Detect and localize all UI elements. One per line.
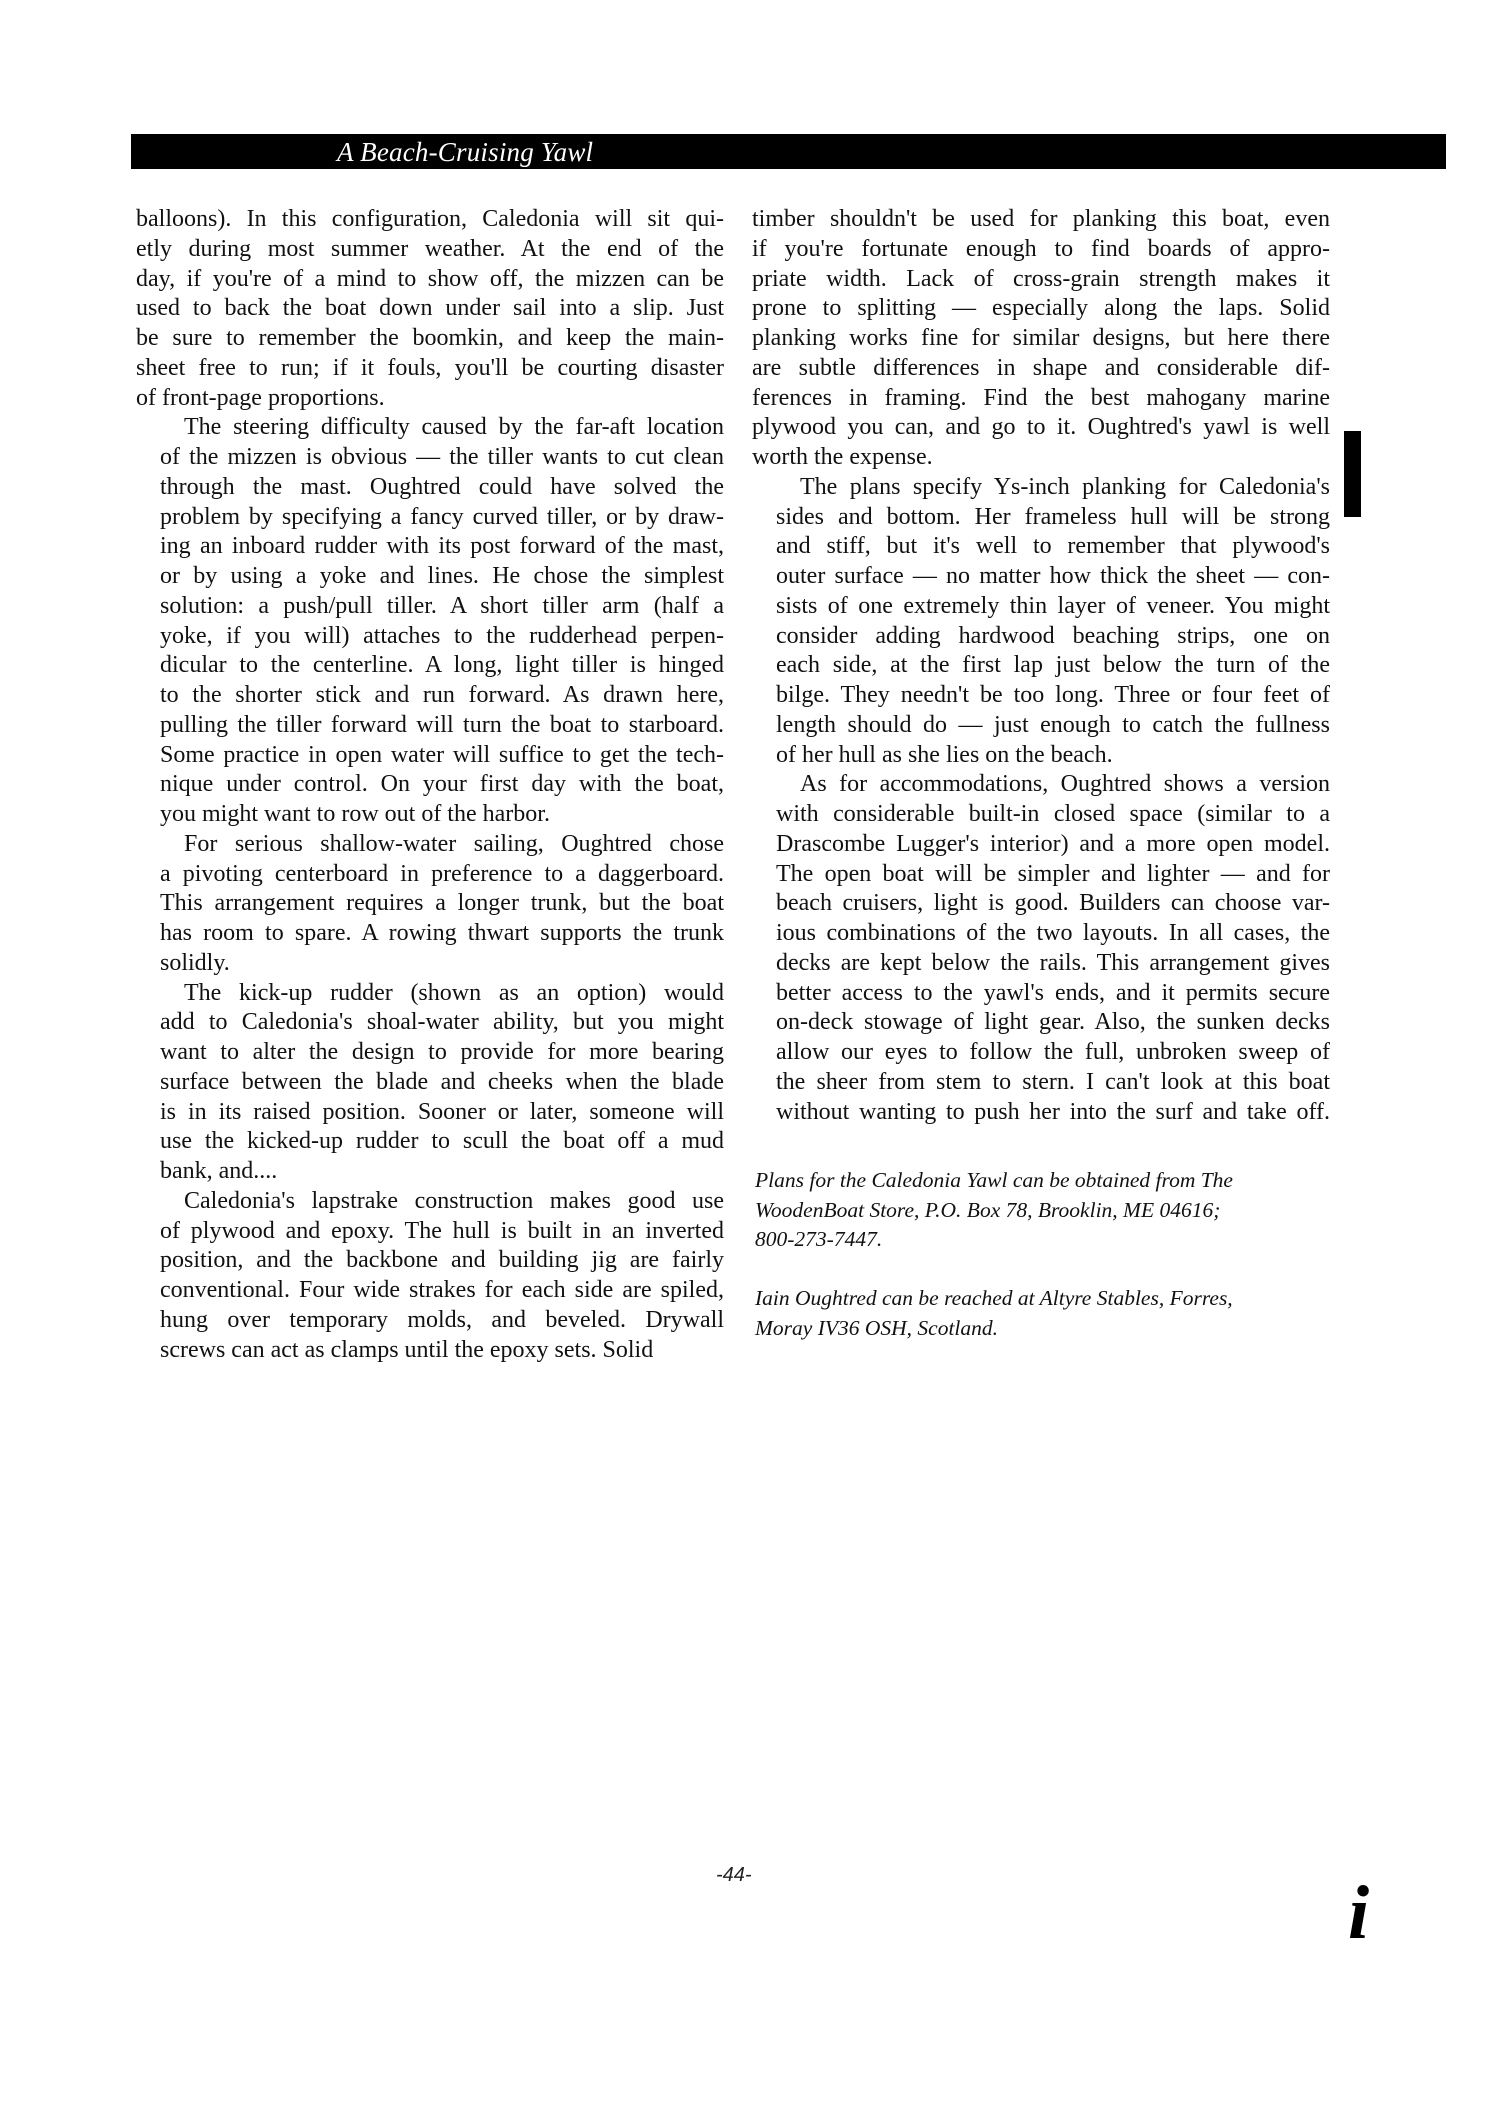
text-line: of front-page proportions. xyxy=(136,384,724,414)
text-line: has room to spare. A rowing thwart suppo… xyxy=(136,919,724,949)
text-line: planking works fine for similar designs,… xyxy=(752,324,1330,354)
text-line: sists of one extremely thin layer of ven… xyxy=(752,592,1330,622)
paragraph: The kick-up rudder (shown as an option) … xyxy=(136,979,724,1187)
running-header-title: A Beach-Cruising Yawl xyxy=(337,134,593,170)
paragraph: As for accommodations, Oughtred shows a … xyxy=(752,770,1330,1127)
text-line: with considerable built-in closed space … xyxy=(752,800,1330,830)
text-line: of plywood and epoxy. The hull is built … xyxy=(136,1217,724,1247)
paragraph: timber shouldn't be used for planking th… xyxy=(752,205,1330,473)
text-line: on-deck stowage of light gear. Also, the… xyxy=(752,1008,1330,1038)
text-line: surface between the blade and cheeks whe… xyxy=(136,1068,724,1098)
text-line: yoke, if you will) attaches to the rudde… xyxy=(136,622,724,652)
text-line: better access to the yawl's ends, and it… xyxy=(752,979,1330,1009)
text-line: hung over temporary molds, and beveled. … xyxy=(136,1306,724,1336)
text-line: priate width. Lack of cross-grain streng… xyxy=(752,265,1330,295)
paragraph: Caledonia's lapstrake construction makes… xyxy=(136,1187,724,1366)
text-line: ing an inboard rudder with its post forw… xyxy=(136,532,724,562)
text-line: sides and bottom. Her frameless hull wil… xyxy=(752,503,1330,533)
text-line: balloons). In this configuration, Caledo… xyxy=(136,205,724,235)
text-line: and stiff, but it's well to remember tha… xyxy=(752,532,1330,562)
text-line: Drascombe Lugger's interior) and a more … xyxy=(752,830,1330,860)
right-text-column: timber shouldn't be used for planking th… xyxy=(752,205,1330,1127)
text-line: For serious shallow-water sailing, Ought… xyxy=(136,830,724,860)
text-line: to the shorter stick and run forward. As… xyxy=(136,681,724,711)
plans-availability-note: Plans for the Caledonia Yawl can be obta… xyxy=(755,1166,1345,1255)
text-line: Caledonia's lapstrake construction makes… xyxy=(136,1187,724,1217)
text-line: nique under control. On your first day w… xyxy=(136,770,724,800)
paragraph: The steering difficulty caused by the fa… xyxy=(136,413,724,830)
text-line: allow our eyes to follow the full, unbro… xyxy=(752,1038,1330,1068)
text-line: ious combinations of the two layouts. In… xyxy=(752,919,1330,949)
text-line: pulling the tiller forward will turn the… xyxy=(136,711,724,741)
note-line: Moray IV36 OSH, Scotland. xyxy=(755,1314,1345,1344)
note-line: Iain Oughtred can be reached at Altyre S… xyxy=(755,1284,1345,1314)
text-line: you might want to row out of the harbor. xyxy=(136,800,724,830)
text-line: decks are kept below the rails. This arr… xyxy=(752,949,1330,979)
section-tab-marker xyxy=(1344,431,1361,517)
text-line: without wanting to push her into the sur… xyxy=(752,1098,1330,1128)
text-line: The plans specify Ys-inch planking for C… xyxy=(752,473,1330,503)
paragraph: For serious shallow-water sailing, Ought… xyxy=(136,830,724,979)
text-line: The kick-up rudder (shown as an option) … xyxy=(136,979,724,1009)
text-line: add to Caledonia's shoal-water ability, … xyxy=(136,1008,724,1038)
text-line: Some practice in open water will suffice… xyxy=(136,741,724,771)
text-line: etly during most summer weather. At the … xyxy=(136,235,724,265)
text-line: dicular to the centerline. A long, light… xyxy=(136,651,724,681)
text-line: day, if you're of a mind to show off, th… xyxy=(136,265,724,295)
page-number: -44- xyxy=(716,1864,752,1887)
paragraph: The plans specify Ys-inch planking for C… xyxy=(752,473,1330,771)
text-line: bank, and.... xyxy=(136,1157,724,1187)
text-line: position, and the backbone and building … xyxy=(136,1246,724,1276)
text-line: beach cruisers, light is good. Builders … xyxy=(752,889,1330,919)
designer-contact-note: Iain Oughtred can be reached at Altyre S… xyxy=(755,1284,1345,1343)
text-line: bilge. They needn't be too long. Three o… xyxy=(752,681,1330,711)
text-line: consider adding hardwood beaching strips… xyxy=(752,622,1330,652)
text-line: of her hull as she lies on the beach. xyxy=(752,741,1330,771)
text-line: each side, at the first lap just below t… xyxy=(752,651,1330,681)
text-line: sheet free to run; if it fouls, you'll b… xyxy=(136,354,724,384)
text-line: is in its raised position. Sooner or lat… xyxy=(136,1098,724,1128)
text-line: or by using a yoke and lines. He chose t… xyxy=(136,562,724,592)
text-line: used to back the boat down under sail in… xyxy=(136,294,724,324)
text-line: The open boat will be simpler and lighte… xyxy=(752,860,1330,890)
text-line: through the mast. Oughtred could have so… xyxy=(136,473,724,503)
text-line: be sure to remember the boomkin, and kee… xyxy=(136,324,724,354)
text-line: conventional. Four wide strakes for each… xyxy=(136,1276,724,1306)
running-header-bar: A Beach-Cruising Yawl xyxy=(131,134,1446,169)
text-line: outer surface — no matter how thick the … xyxy=(752,562,1330,592)
text-line: prone to splitting — especially along th… xyxy=(752,294,1330,324)
text-line: a pivoting centerboard in preference to … xyxy=(136,860,724,890)
text-line: length should do — just enough to catch … xyxy=(752,711,1330,741)
note-line: WoodenBoat Store, P.O. Box 78, Brooklin,… xyxy=(755,1196,1345,1226)
text-line: plywood you can, and go to it. Oughtred'… xyxy=(752,413,1330,443)
text-line: As for accommodations, Oughtred shows a … xyxy=(752,770,1330,800)
info-icon: i xyxy=(1348,1875,1369,1951)
text-line: want to alter the design to provide for … xyxy=(136,1038,724,1068)
text-line: use the kicked-up rudder to scull the bo… xyxy=(136,1127,724,1157)
text-line: solution: a push/pull tiller. A short ti… xyxy=(136,592,724,622)
text-line: problem by specifying a fancy curved til… xyxy=(136,503,724,533)
text-line: screws can act as clamps until the epoxy… xyxy=(136,1336,724,1366)
text-line: the sheer from stem to stern. I can't lo… xyxy=(752,1068,1330,1098)
note-line: 800-273-7447. xyxy=(755,1225,1345,1255)
text-line: of the mizzen is obvious — the tiller wa… xyxy=(136,443,724,473)
text-line: solidly. xyxy=(136,949,724,979)
text-line: timber shouldn't be used for planking th… xyxy=(752,205,1330,235)
paragraph: balloons). In this configuration, Caledo… xyxy=(136,205,724,413)
text-line: worth the expense. xyxy=(752,443,1330,473)
left-text-column: balloons). In this configuration, Caledo… xyxy=(136,205,724,1365)
text-line: ferences in framing. Find the best mahog… xyxy=(752,384,1330,414)
text-line: if you're fortunate enough to find board… xyxy=(752,235,1330,265)
text-line: are subtle differences in shape and cons… xyxy=(752,354,1330,384)
text-line: This arrangement requires a longer trunk… xyxy=(136,889,724,919)
note-line: Plans for the Caledonia Yawl can be obta… xyxy=(755,1166,1345,1196)
text-line: The steering difficulty caused by the fa… xyxy=(136,413,724,443)
